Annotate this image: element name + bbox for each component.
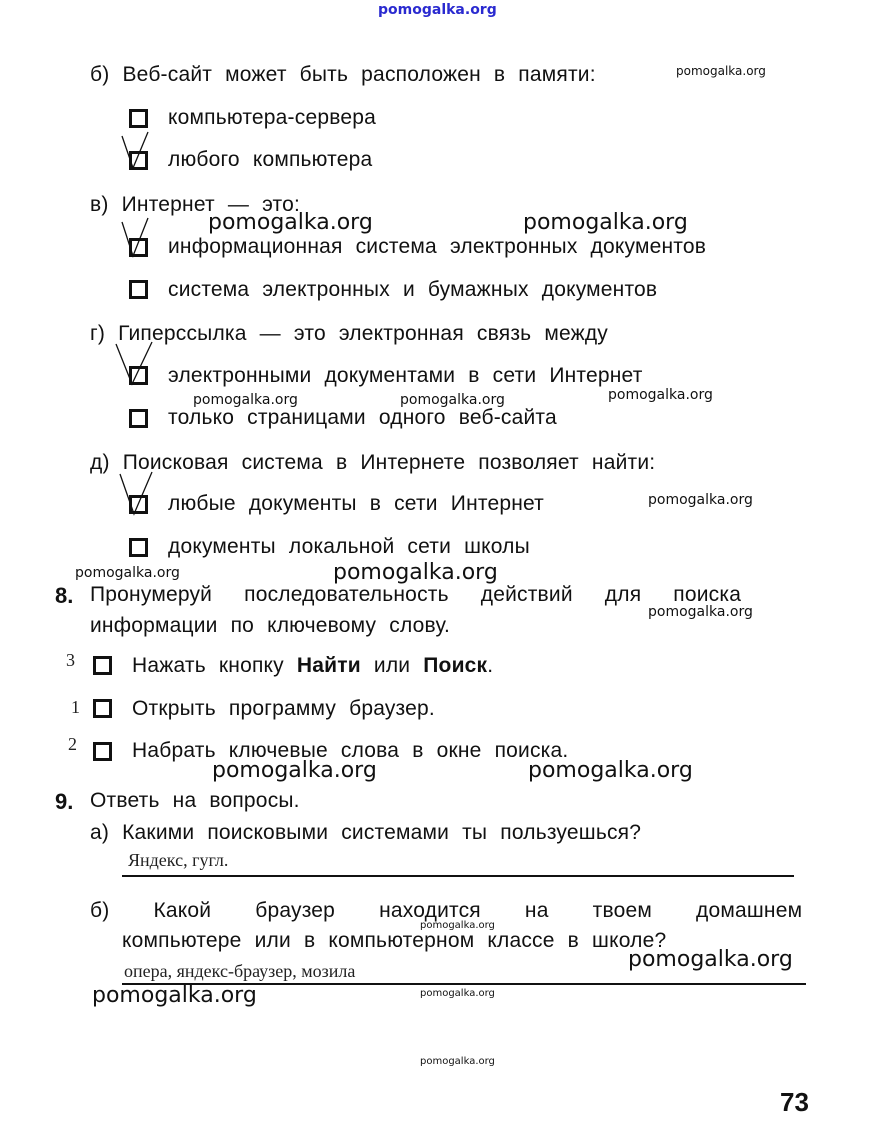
answer-9a[interactable]: Яндекс, гугл.: [128, 850, 228, 871]
checkbox-7g-option-2[interactable]: [129, 409, 148, 428]
watermark-top: pomogalka.org: [378, 2, 497, 18]
question-text: Веб-сайт может быть расположен в памяти:: [122, 63, 595, 86]
question-label: а): [90, 821, 109, 844]
question-label: д): [90, 451, 110, 474]
question-9b-line1: б) Какой браузер находится на твоем дома…: [90, 900, 802, 921]
watermark: pomogalka.org: [333, 560, 498, 585]
checkmark-icon: [120, 130, 160, 172]
watermark: pomogalka.org: [608, 387, 713, 403]
checkbox-7d-option-2[interactable]: [129, 538, 148, 557]
step-order-number[interactable]: 1: [71, 697, 80, 718]
step-text: Открыть программу браузер.: [132, 698, 435, 719]
option-7g-1: электронными документами в сети Интернет: [168, 365, 643, 386]
question-7b: б) Веб-сайт может быть расположен в памя…: [90, 64, 596, 85]
checkmark-icon: [112, 340, 162, 388]
step-text-part: .: [487, 654, 493, 677]
checkmark-icon: [116, 470, 162, 518]
watermark: pomogalka.org: [676, 64, 766, 78]
step-checkbox[interactable]: [93, 656, 112, 675]
task-number-8: 8.: [55, 583, 73, 609]
question-label: б): [90, 899, 109, 922]
question-text: Какими поисковыми системами ты пользуешь…: [122, 821, 641, 844]
step-checkbox[interactable]: [93, 699, 112, 718]
option-7d-2: документы локальной сети школы: [168, 536, 530, 557]
task8-instruction-line2: информации по ключевому слову.: [90, 615, 450, 636]
question-label: б): [90, 63, 109, 86]
step-checkbox[interactable]: [93, 742, 112, 761]
watermark: pomogalka.org: [628, 947, 793, 972]
step-order-number[interactable]: 2: [68, 734, 77, 755]
step-text-part: или: [361, 654, 423, 677]
task-number-9: 9.: [55, 789, 73, 815]
button-name-find: Найти: [297, 654, 361, 677]
question-text: Поисковая система в Интернете позволяет …: [123, 451, 656, 474]
question-label: в): [90, 193, 109, 216]
watermark: pomogalka.org: [648, 604, 753, 620]
question-7g: г) Гиперссылка — это электронная связь м…: [90, 323, 608, 344]
checkbox-7b-option-1[interactable]: [129, 109, 148, 128]
button-name-search: Поиск: [423, 654, 487, 677]
watermark: pomogalka.org: [420, 1056, 495, 1067]
watermark: pomogalka.org: [212, 758, 377, 783]
watermark: pomogalka.org: [420, 988, 495, 999]
question-text: Какой браузер находится на твоем домашне…: [153, 899, 802, 922]
watermark: pomogalka.org: [523, 210, 688, 235]
watermark: pomogalka.org: [208, 210, 373, 235]
checkmark-icon: [120, 216, 160, 260]
option-7d-1: любые документы в сети Интернет: [168, 493, 544, 514]
answer-9b[interactable]: опера, яндекс-браузер, мозила: [124, 961, 355, 982]
option-7b-2: любого компьютера: [168, 149, 372, 170]
option-7v-1: информационная система электронных докум…: [168, 236, 706, 257]
watermark: pomogalka.org: [648, 492, 753, 508]
answer-line: [122, 875, 794, 877]
page-number: 73: [780, 1087, 809, 1118]
watermark: pomogalka.org: [75, 565, 180, 581]
step-text: Нажать кнопку Найти или Поиск.: [132, 655, 493, 676]
question-label: г): [90, 322, 105, 345]
question-9b-line2: компьютере или в компьютерном классе в ш…: [122, 930, 666, 951]
task8-instruction-line1: Пронумеруй последовательность действий д…: [90, 584, 741, 605]
watermark: pomogalka.org: [92, 983, 257, 1008]
option-7v-2: система электронных и бумажных документо…: [168, 279, 657, 300]
question-text: Гиперссылка — это электронная связь межд…: [118, 322, 608, 345]
question-7d: д) Поисковая система в Интернете позволя…: [90, 452, 655, 473]
task9-title: Ответь на вопросы.: [90, 790, 300, 811]
option-7b-1: компьютера-сервера: [168, 107, 376, 128]
step-text-part: Нажать кнопку: [132, 654, 297, 677]
watermark: pomogalka.org: [528, 758, 693, 783]
option-7g-2: только страницами одного веб-сайта: [168, 407, 557, 428]
checkbox-7v-option-2[interactable]: [129, 280, 148, 299]
step-order-number[interactable]: 3: [66, 650, 75, 671]
question-9a: а) Какими поисковыми системами ты пользу…: [90, 822, 641, 843]
